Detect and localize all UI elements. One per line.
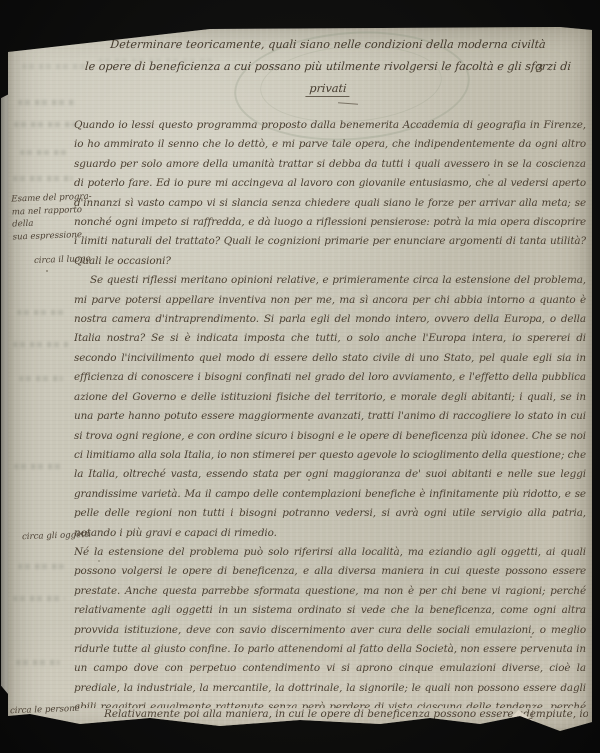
ink-showthrough — [13, 596, 65, 601]
title-underlined-word: privati — [306, 82, 350, 97]
ink-showthrough — [14, 122, 80, 127]
page-number: 3 — [536, 62, 543, 75]
ink-showthrough — [19, 376, 63, 381]
ink-showthrough — [16, 660, 60, 665]
manuscript-body: Quando io lessi questo programma propost… — [74, 116, 586, 708]
body-paragraph: Se questi riflessi meritano opinioni rel… — [74, 271, 586, 543]
ink-showthrough — [18, 564, 64, 569]
ink-showthrough — [13, 342, 69, 347]
essay-title-line1: Determinare teoricamente, quali siano ne… — [66, 38, 591, 51]
body-paragraph: Né la estensione del problema può solo r… — [74, 543, 586, 708]
ink-showthrough — [14, 464, 64, 469]
margin-note-circa-le-persone: circa le persone — [10, 703, 80, 718]
ink-showthrough — [18, 100, 76, 105]
manuscript-page: Determinare teoricamente, quali siano ne… — [8, 24, 592, 733]
essay-title-line3: privati — [66, 82, 591, 95]
ink-showthrough — [17, 310, 67, 315]
essay-title-line2: le opere di beneficienza a cui possano p… — [66, 60, 591, 73]
ink-showthrough — [13, 176, 73, 181]
scanned-manuscript: Determinare teoricamente, quali siano ne… — [0, 0, 600, 753]
ink-showthrough — [20, 150, 68, 155]
ink-specks — [8, 24, 10, 26]
body-paragraph: Quando io lessi questo programma propost… — [74, 116, 586, 271]
body-last-line: Relativamente poi alla maniera, in cui l… — [74, 708, 588, 720]
